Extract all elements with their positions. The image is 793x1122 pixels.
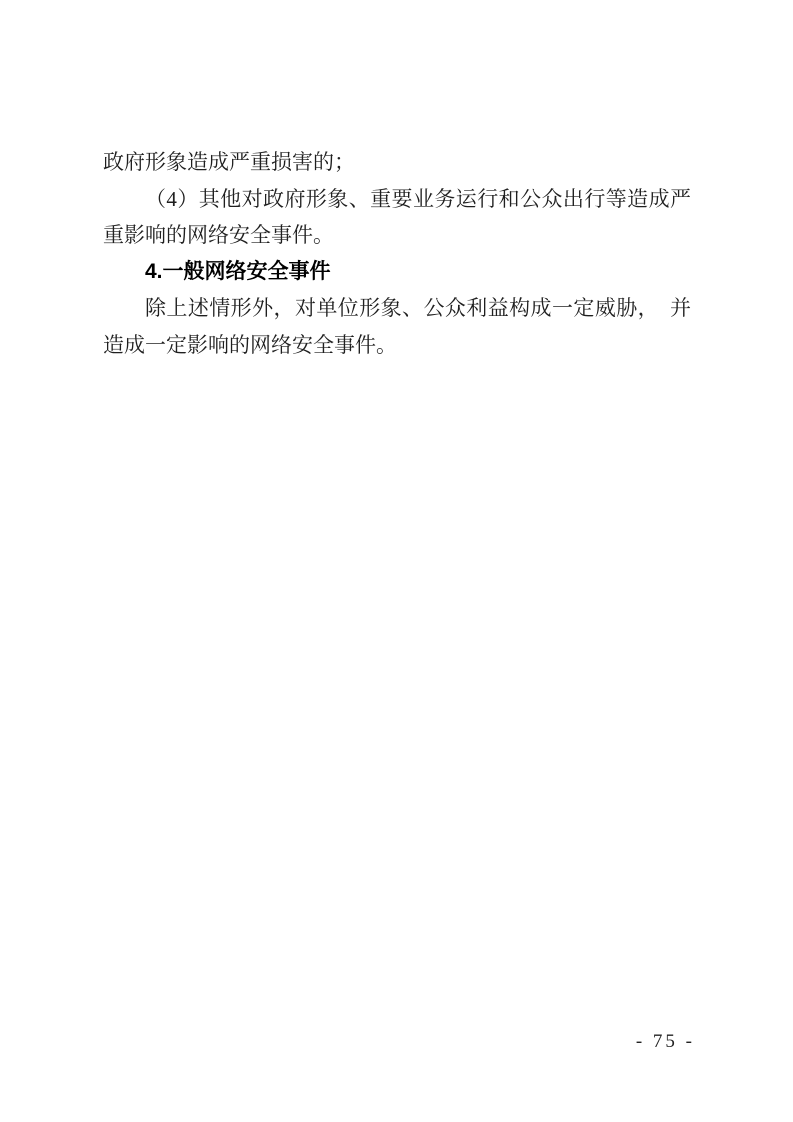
page-number: - 75 -: [636, 1031, 695, 1053]
page-body: 政府形象造成严重损害的； （4）其他对政府形象、重要业务运行和公众出行等造成严 …: [103, 144, 691, 363]
section-heading: 4.一般网络安全事件: [103, 254, 691, 291]
paragraph-general-line-2: 造成一定影响的网络安全事件。: [103, 327, 691, 364]
document-page: 政府形象造成严重损害的； （4）其他对政府形象、重要业务运行和公众出行等造成严 …: [0, 0, 793, 1122]
paragraph-continuation-line: 政府形象造成严重损害的；: [103, 144, 691, 181]
item-4-line-2: 重影响的网络安全事件。: [103, 217, 691, 254]
paragraph-general-line-1: 除上述情形外，对单位形象、公众利益构成一定威胁， 并: [103, 290, 691, 327]
item-4-line-1: （4）其他对政府形象、重要业务运行和公众出行等造成严: [103, 181, 691, 218]
